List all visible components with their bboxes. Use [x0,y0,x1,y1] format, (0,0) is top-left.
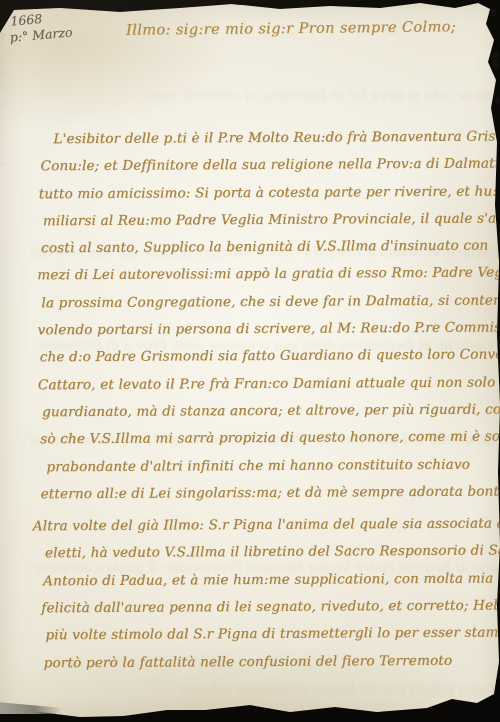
letter-body: L'esibitor delle p.ti è il P.re Molto Re… [0,128,500,682]
letter-page: la prossima Congregatione, che si deve f… [0,0,500,722]
letter-line: miliarsi al Reu:mo Padre Veglia Ministro… [43,210,499,240]
letter-line: Cattaro, et levato il P.re frà Fran:co D… [38,374,500,404]
letter-line: sò che V.S.Illma mi sarrà propizia di qu… [40,429,500,459]
photo-background: la prossima Congregatione, che si deve f… [0,0,500,722]
letter-line: prabondante d'altri infiniti che mi hann… [46,456,500,486]
letter-line: che d:o Padre Grismondi sia fatto Guardi… [40,347,500,377]
ink-bleedthrough: la prossima Congregatione, che si deve f… [150,88,500,104]
ink-bleedthrough: prabondante d'altri infiniti che mi hann… [180,682,500,698]
letter-line: Altra volte del già Illmo: S.r Pigna l'a… [33,516,500,546]
letter-line: L'esibitor delle p.ti è il P.re Molto Re… [53,128,498,158]
paper-speck [491,8,497,17]
letter-line: etterno all:e di Lei singolariss:ma; et … [40,483,500,513]
letter-line: Antonio di Padua, et à mie hum:me suppli… [43,570,500,600]
letter-line: volendo portarsi in persona di scrivere,… [37,320,499,350]
letter-line: costì al santo, Supplico la benignità di… [41,238,499,268]
letter-line: tutto mio amicissimo: Si porta à cotesta… [39,183,499,213]
archival-date-note: 1668 p:° Marzo [10,8,73,45]
paper-speck [230,1,256,5]
letter-line: mezi di Lei autorevolissi:mi appò la gra… [37,265,499,295]
letter-line: più volte stimolo dal S.r Pigna di trasm… [45,625,500,655]
letter-line: Conu:le; et Deffinitore della sua religi… [40,156,498,186]
paper-speck [492,52,499,68]
letter-line: portò però la fattalità nelle confusioni… [44,652,500,682]
paper-speck [495,96,500,106]
letter-line: guardianato, mà di stanza ancora; et alt… [42,401,500,431]
salutation: Illmo: sig:re mio sig:r Pron sempre Colm… [126,19,456,38]
letter-line: la prossima Congregatione, che si deve f… [41,292,499,322]
letter-line: eletti, hà veduto V.S.Illma il libretino… [45,543,500,573]
letter-line: felicità dall'aurea penna di lei segnato… [41,598,500,628]
